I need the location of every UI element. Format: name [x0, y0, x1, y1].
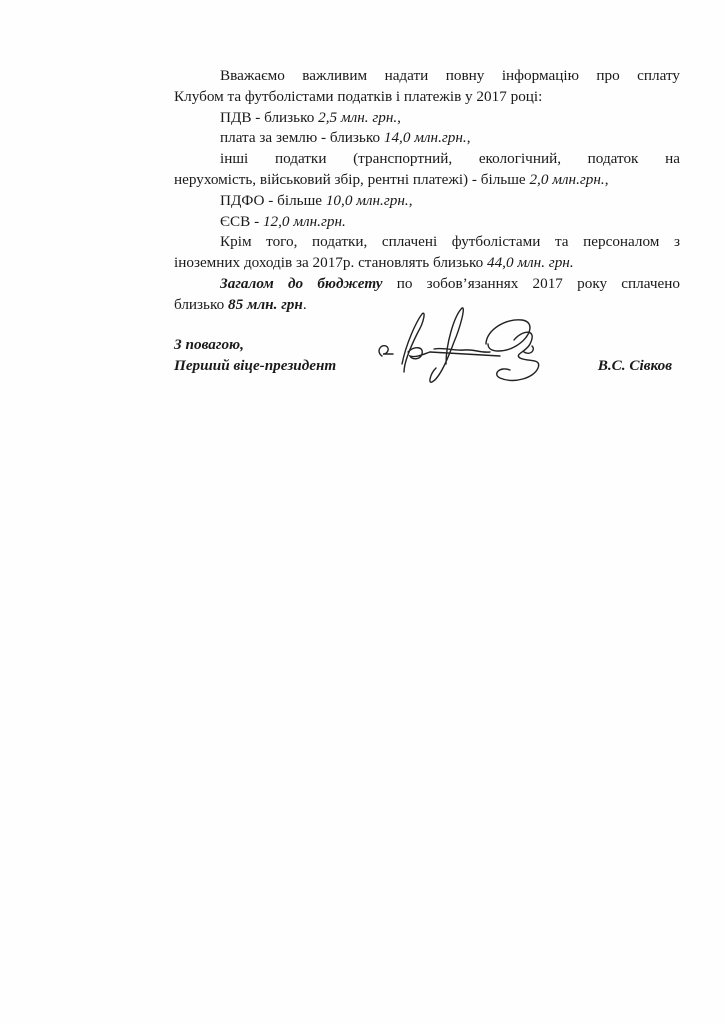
signature-block: З повагою, Перший віце-президент В.С. Сі…: [174, 334, 680, 394]
foreign-income-line1: Крім того, податки, сплачені футболістам…: [174, 232, 680, 253]
foreign-income-line2: іноземних доходів за 2017р. становлять б…: [174, 253, 680, 274]
total-line1: Загалом до бюджету по зобов’язаннях 2017…: [174, 274, 680, 295]
letter-body: Вважаємо важливим надати повну інформаці…: [174, 66, 680, 316]
tax-item-vat: ПДВ - близько 2,5 млн. грн.,: [174, 108, 680, 129]
intro-paragraph-line2: Клубом та футболістами податків і платеж…: [174, 87, 680, 108]
closing: З повагою,: [174, 334, 336, 355]
tax-item-pdfo: ПДФО - більше 10,0 млн.грн.,: [174, 191, 680, 212]
intro-paragraph-line1: Вважаємо важливим надати повну інформаці…: [174, 66, 680, 87]
tax-item-land: плата за землю - близько 14,0 млн.грн.,: [174, 128, 680, 149]
signature-left: З повагою, Перший віце-президент: [174, 334, 336, 376]
signer-position: Перший віце-президент: [174, 355, 336, 376]
tax-item-other-line2: нерухомість, військовий збір, рентні пла…: [174, 170, 680, 191]
tax-item-other-line1: інші податки (транспортний, екологічний,…: [174, 149, 680, 170]
signer-name: В.С. Сівков: [598, 355, 672, 376]
handwritten-signature-icon: [374, 304, 544, 394]
tax-item-esv: ЄСВ - 12,0 млн.грн.: [174, 212, 680, 233]
